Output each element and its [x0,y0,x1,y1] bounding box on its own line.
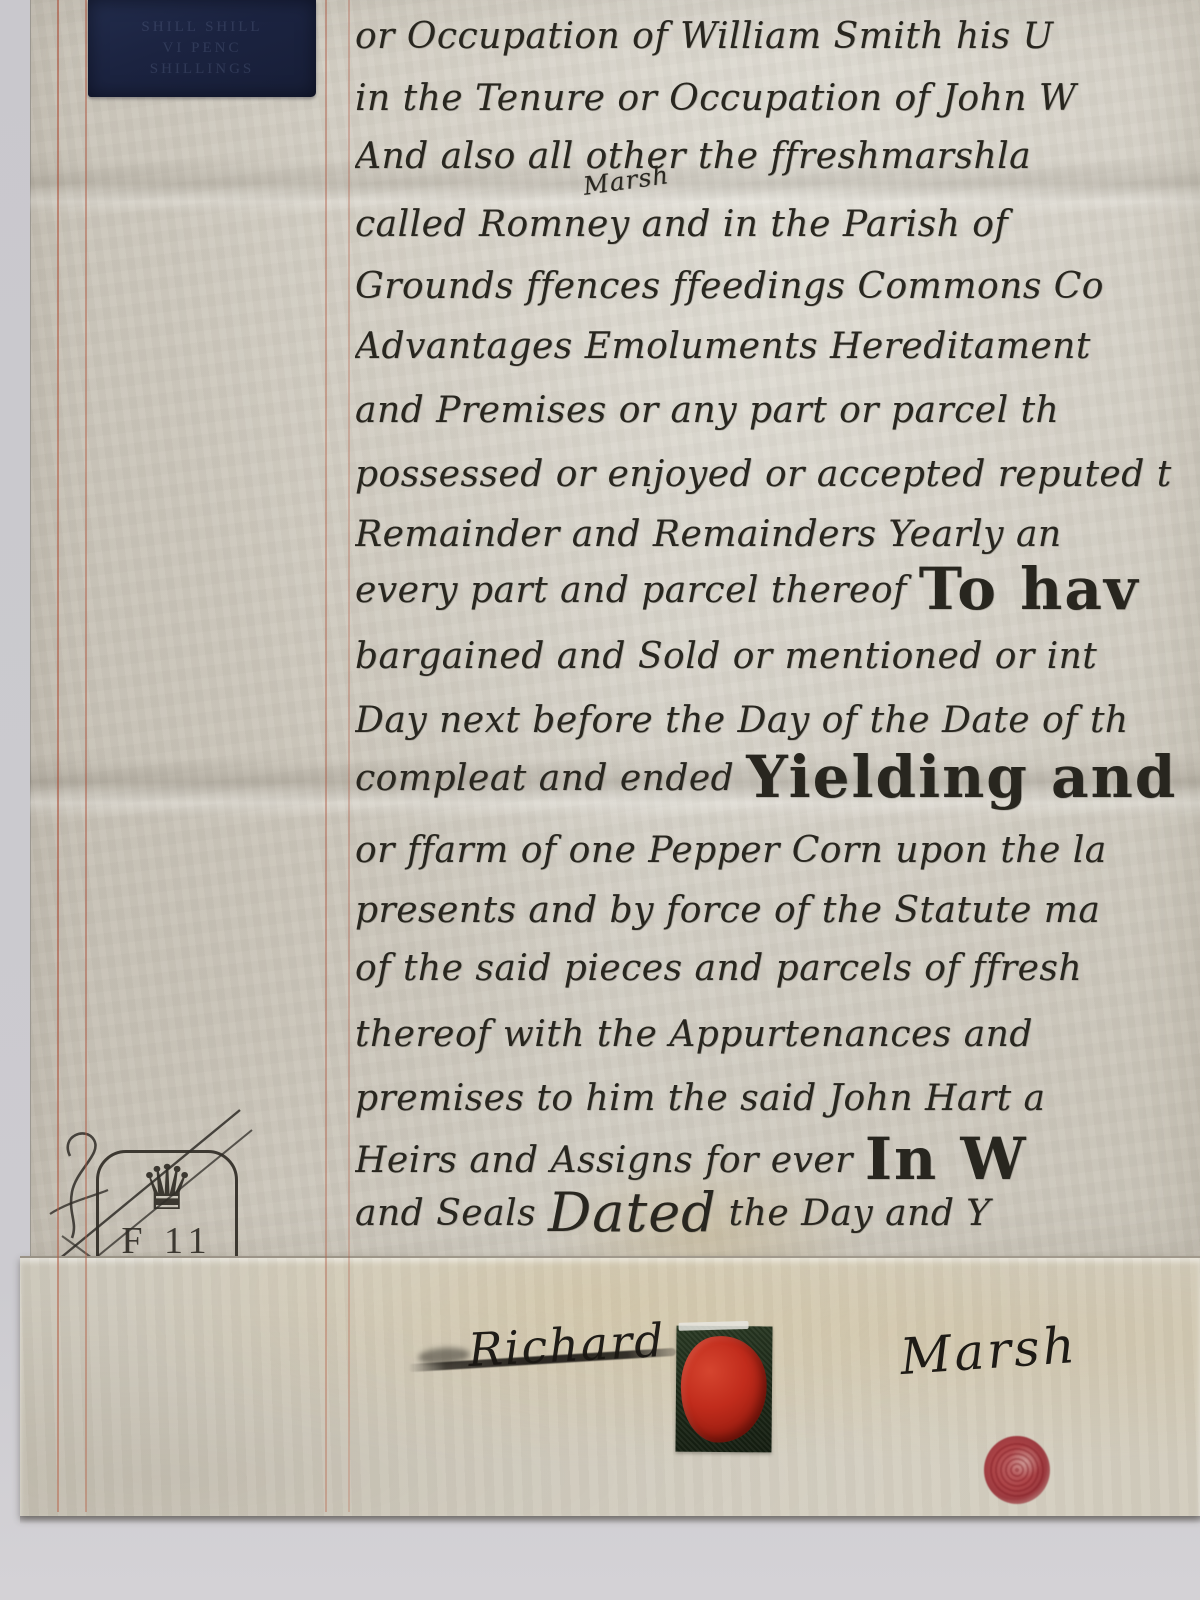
red-wax-seal [677,1333,771,1445]
manuscript-line: premises to him the said John Hart a [355,1070,1045,1128]
manuscript-line: And also all other the ffreshmarshla [355,128,1031,186]
signature-surname: Marsh [898,1316,1079,1386]
margin-rule-line [85,0,87,1512]
manuscript-line: and Premises or any part or parcel th [355,382,1059,440]
revenue-stamp-embossed-text: VI PENC [163,40,242,57]
manuscript-line: Day next before the Day of the Date of t… [355,692,1129,750]
manuscript-line: or Occupation of William Smith his U [355,8,1053,66]
manuscript-line: compleat and ended Yielding and Pa [355,748,1200,806]
photograph-of-indenture: SHILL SHILL VI PENC SHILLINGS or Occupat… [0,0,1200,1600]
revenue-stamp-embossed-text: SHILL SHILL [141,19,262,36]
manuscript-line: called RomneyMarsh and in the Parish of [355,196,1008,254]
blue-revenue-stamp: SHILL SHILL VI PENC SHILLINGS [88,0,316,97]
signature-struck-name: Richard [467,1313,667,1377]
manuscript-line: every part and parcel thereof To hav [355,560,1140,618]
revenue-stamp-embossed-text: SHILLINGS [150,61,255,78]
engrossed-phrase: To hav [919,555,1140,623]
engrossed-phrase: In W [865,1125,1028,1193]
manuscript-line: and Seals Dated the Day and Y [355,1184,991,1242]
flourished-word: Dated [548,1181,717,1244]
manuscript-line: Advantages Emoluments Hereditament [355,318,1091,376]
manuscript-line: in the Tenure or Occupation of John W [355,70,1076,128]
red-wafer-seal [984,1436,1050,1504]
manuscript-line: thereof with the Appurtenances and [355,1006,1033,1064]
manuscript-line: or ffarm of one Pepper Corn upon the la [355,822,1107,880]
clerk-monogram-flourish [42,1118,172,1268]
wax-seal-backing-ribbon [675,1326,772,1453]
margin-rule-line [57,0,59,1512]
manuscript-text-block: or Occupation of William Smith his U in … [355,0,1200,1262]
margin-rule-line [348,0,350,1512]
manuscript-line: Grounds ffences ffeedings Commons Co [355,258,1104,316]
manuscript-line: presents and by force of the Statute ma [355,882,1100,940]
manuscript-line: possessed or enjoyed or accepted reputed… [355,446,1172,504]
engrossed-phrase: Yielding and Pa [746,743,1200,811]
manuscript-line: of the said pieces and parcels of ffresh [355,940,1082,998]
manuscript-line: Heirs and Assigns for ever In W [355,1130,1027,1188]
manuscript-line: bargained and Sold or mentioned or int [355,628,1097,686]
margin-rule-line [325,0,327,1512]
